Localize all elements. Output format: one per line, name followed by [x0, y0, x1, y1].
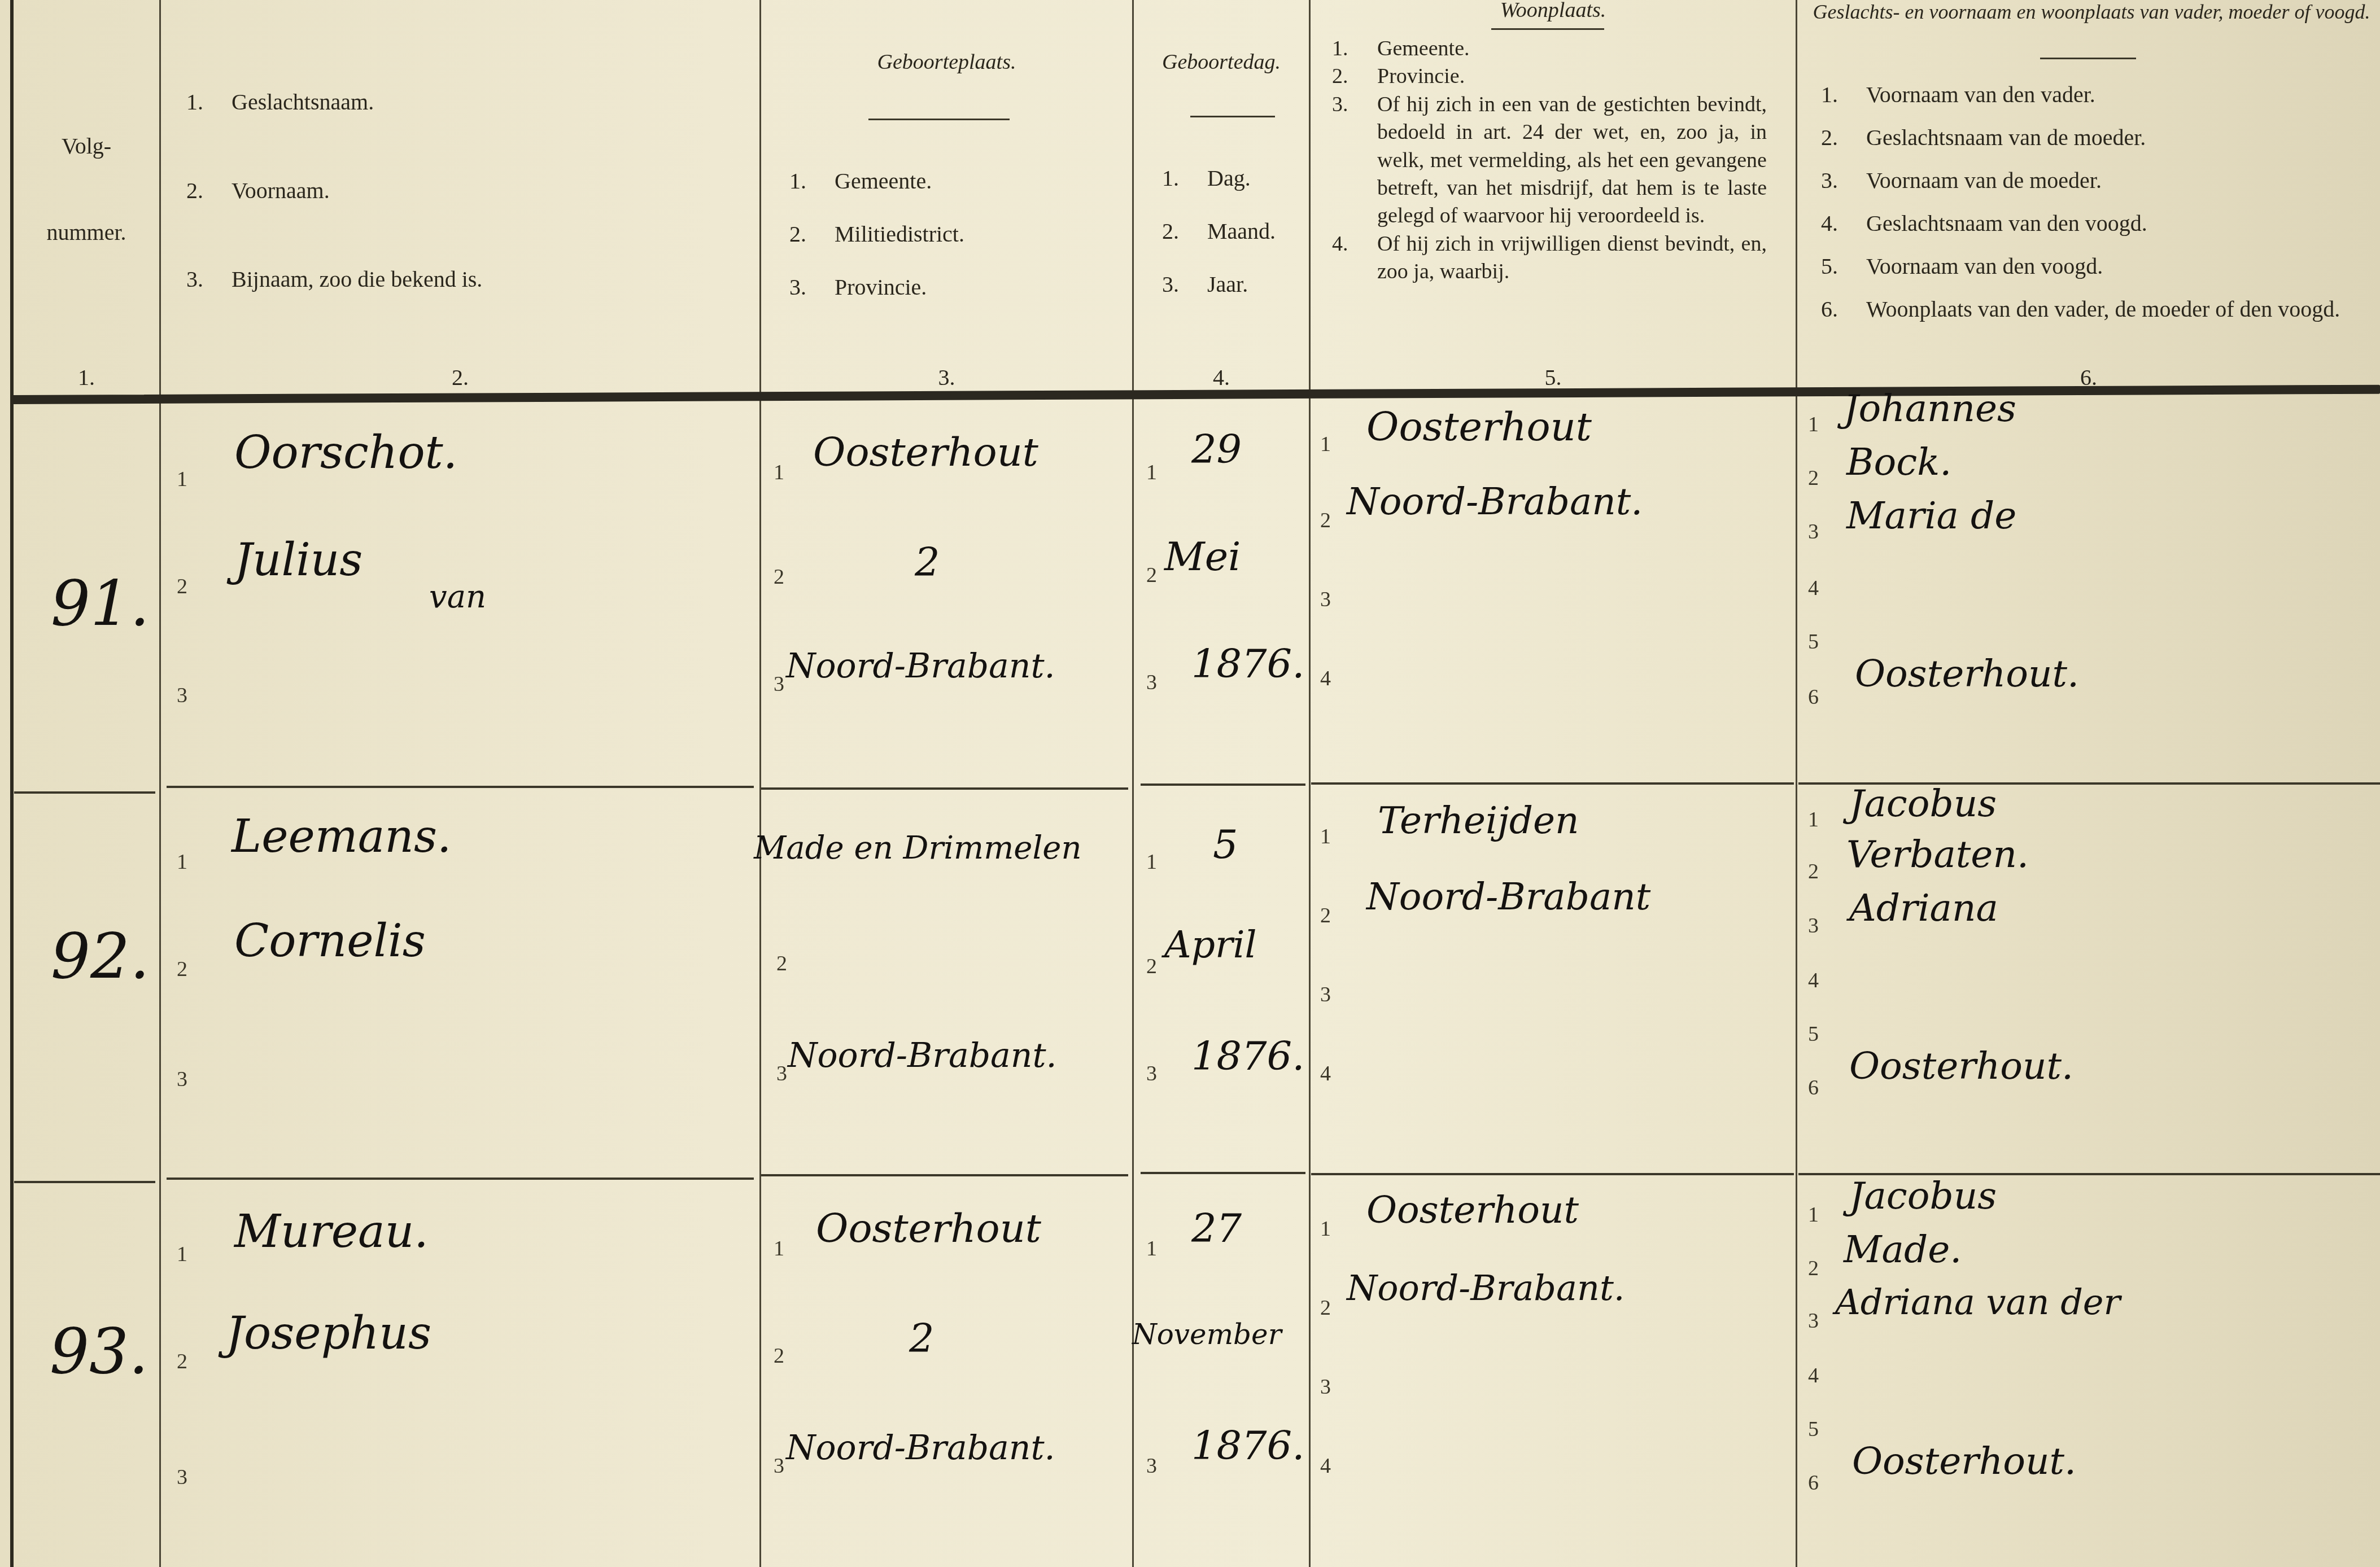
geslachtsnaam: Leemans. — [232, 810, 451, 863]
geboortedag-jaar: 1876. — [1191, 1033, 1304, 1079]
column-number: 1. — [14, 364, 159, 391]
geboortedag-maand: Mei — [1164, 533, 1241, 580]
geslachtsnaam-moeder: Bock. — [1846, 440, 1951, 484]
header-item: 4.Geslachtsnaam van den voogd. — [1821, 209, 2374, 238]
register-entry-92: 92. 1 Leemans. 2 Cornelis 3 Made en Drim… — [0, 790, 2380, 1174]
geslachtsnaam-moeder: Verbaten. — [1846, 833, 2029, 876]
geslachtsnaam: Mureau. — [234, 1205, 429, 1258]
voornaam-moeder: Adriana van der — [1835, 1281, 2120, 1323]
woonplaats-provincie: Noord-Brabant — [1366, 875, 1650, 918]
register-entry-93: 93. 1 Mureau. 2 Josephus 3 1 Oosterhout … — [0, 1180, 2380, 1567]
voornaam-moeder: Adriana — [1849, 886, 1998, 930]
geboorteplaats-gemeente: Oosterhout — [816, 1205, 1041, 1251]
title-underline — [1190, 116, 1275, 117]
geboortedag-dag: 29 — [1191, 426, 1242, 472]
header-item: 6.Woonplaats van den vader, de moeder of… — [1821, 295, 2374, 324]
header-item: 4.Of hij zich in vrijwilligen dienst bev… — [1332, 230, 1778, 286]
geboorteplaats-gemeente: Made en Drimmelen — [754, 830, 1082, 866]
voornaam-vader: Jacobus — [1849, 1174, 1997, 1218]
voornaam: Josephus — [226, 1307, 431, 1359]
geslachtsnaam: Oorschot. — [234, 426, 457, 479]
woonplaats-ouders: Oosterhout. — [1849, 1044, 2073, 1088]
header-item: 3.Of hij zich in een van de gestichten b… — [1332, 91, 1778, 230]
register-entry-91: 91. 1 Oorschot. 2 Julius van 3 1 Oosterh… — [0, 404, 2380, 787]
column-number: 2. — [161, 364, 759, 391]
header-item: 3.Jaar. — [1162, 270, 1276, 299]
geboortedag-dag: 5 — [1213, 821, 1238, 868]
header-item: 2.Voornaam. — [186, 176, 482, 205]
header-item: 1.Gemeente. — [1332, 35, 1778, 63]
woonplaats-gemeente: Oosterhout — [1366, 404, 1592, 450]
column-number: 3. — [761, 364, 1132, 391]
header-item: 2.Militiedistrict. — [789, 220, 964, 249]
geboortedag-dag: 27 — [1191, 1205, 1242, 1251]
militiedistrict: 2 — [909, 1315, 934, 1362]
header-item: 1.Gemeente. — [789, 167, 964, 196]
woonplaats-provincie: Noord-Brabant. — [1347, 1267, 1625, 1308]
column-number: 4. — [1134, 364, 1309, 391]
voornaam: Cornelis — [234, 914, 426, 967]
geboorteplaats-provincie: Noord-Brabant. — [786, 1428, 1055, 1468]
volgnummer: 91. — [51, 567, 150, 640]
header-item: 1.Geslachtsnaam. — [186, 87, 482, 117]
header-item: 3.Provincie. — [789, 273, 964, 302]
header-item: 3.Voornaam van de moeder. — [1821, 166, 2374, 195]
geboorteplaats-provincie: Noord-Brabant. — [786, 646, 1055, 686]
geboorteplaats-gemeente: Oosterhout — [813, 429, 1038, 475]
geslachtsnaam-moeder: Made. — [1844, 1228, 1962, 1271]
voornaam-moeder: Maria de — [1846, 494, 2016, 537]
title-underline — [2040, 58, 2136, 59]
woonplaats-provincie: Noord-Brabant. — [1347, 480, 1643, 523]
header-item: 3.Bijnaam, zoo die bekend is. — [186, 265, 482, 294]
header-item: 1.Dag. — [1162, 164, 1276, 193]
woonplaats-gemeente: Oosterhout — [1366, 1188, 1579, 1232]
header-label: Volg- — [14, 131, 159, 161]
voornaam-vader: Johannes — [1844, 387, 2016, 430]
voornaam-note: van — [429, 579, 486, 615]
header-col-woonplaats: Woonplaats. 1.Gemeente. 2.Provincie. 3.O… — [1311, 0, 1796, 395]
header-col-volgnummer: Volg- nummer. 1. — [14, 0, 159, 395]
column-title: Woonplaats. — [1311, 0, 1796, 23]
header-item: 2.Provincie. — [1332, 63, 1778, 90]
header-col-naam: 1.Geslachtsnaam. 2.Voornaam. 3.Bijnaam, … — [161, 0, 759, 395]
volgnummer: 93. — [50, 1315, 149, 1387]
geboortedag-jaar: 1876. — [1191, 1422, 1304, 1469]
title-underline — [1491, 28, 1604, 30]
volgnummer: 92. — [51, 920, 150, 992]
woonplaats-ouders: Oosterhout. — [1855, 652, 2079, 695]
header-col-ouders: Geslachts- en voornaam en woonplaats van… — [1797, 0, 2380, 395]
column-title: Geslachts- en voornaam en woonplaats van… — [1809, 0, 2374, 24]
voornaam: Julius — [234, 533, 363, 586]
header-col-geboortedag: Geboortedag. 1.Dag. 2.Maand. 3.Jaar. 4. — [1134, 0, 1309, 395]
woonplaats-gemeente: Terheijden — [1378, 799, 1579, 842]
column-number: 5. — [1311, 364, 1796, 391]
row-separator — [761, 1174, 1128, 1176]
militiedistrict: 2 — [915, 539, 940, 585]
geboorteplaats-provincie: Noord-Brabant. — [788, 1036, 1057, 1075]
geboortedag-jaar: 1876. — [1191, 641, 1304, 687]
geboortedag-maand: April — [1164, 923, 1257, 966]
header-label: nummer. — [14, 217, 159, 248]
header-item: 1.Voornaam van den vader. — [1821, 80, 2374, 110]
column-title: Geboortedag. — [1134, 50, 1309, 75]
row-separator — [761, 787, 1128, 790]
header-item: 2.Geslachtsnaam van de moeder. — [1821, 123, 2374, 152]
geboortedag-maand: November — [1132, 1318, 1282, 1351]
header-item: 5.Voornaam van den voogd. — [1821, 252, 2374, 281]
column-title: Geboorteplaats. — [761, 50, 1132, 75]
header-item: 2.Maand. — [1162, 217, 1276, 246]
header-col-geboorteplaats: Geboorteplaats. 1.Gemeente. 2.Militiedis… — [761, 0, 1132, 395]
title-underline — [868, 119, 1010, 120]
register-page: Volg- nummer. 1. 1.Geslachtsnaam. 2.Voor… — [0, 0, 2380, 1567]
woonplaats-ouders: Oosterhout. — [1852, 1439, 2076, 1483]
voornaam-vader: Jacobus — [1849, 782, 1997, 825]
